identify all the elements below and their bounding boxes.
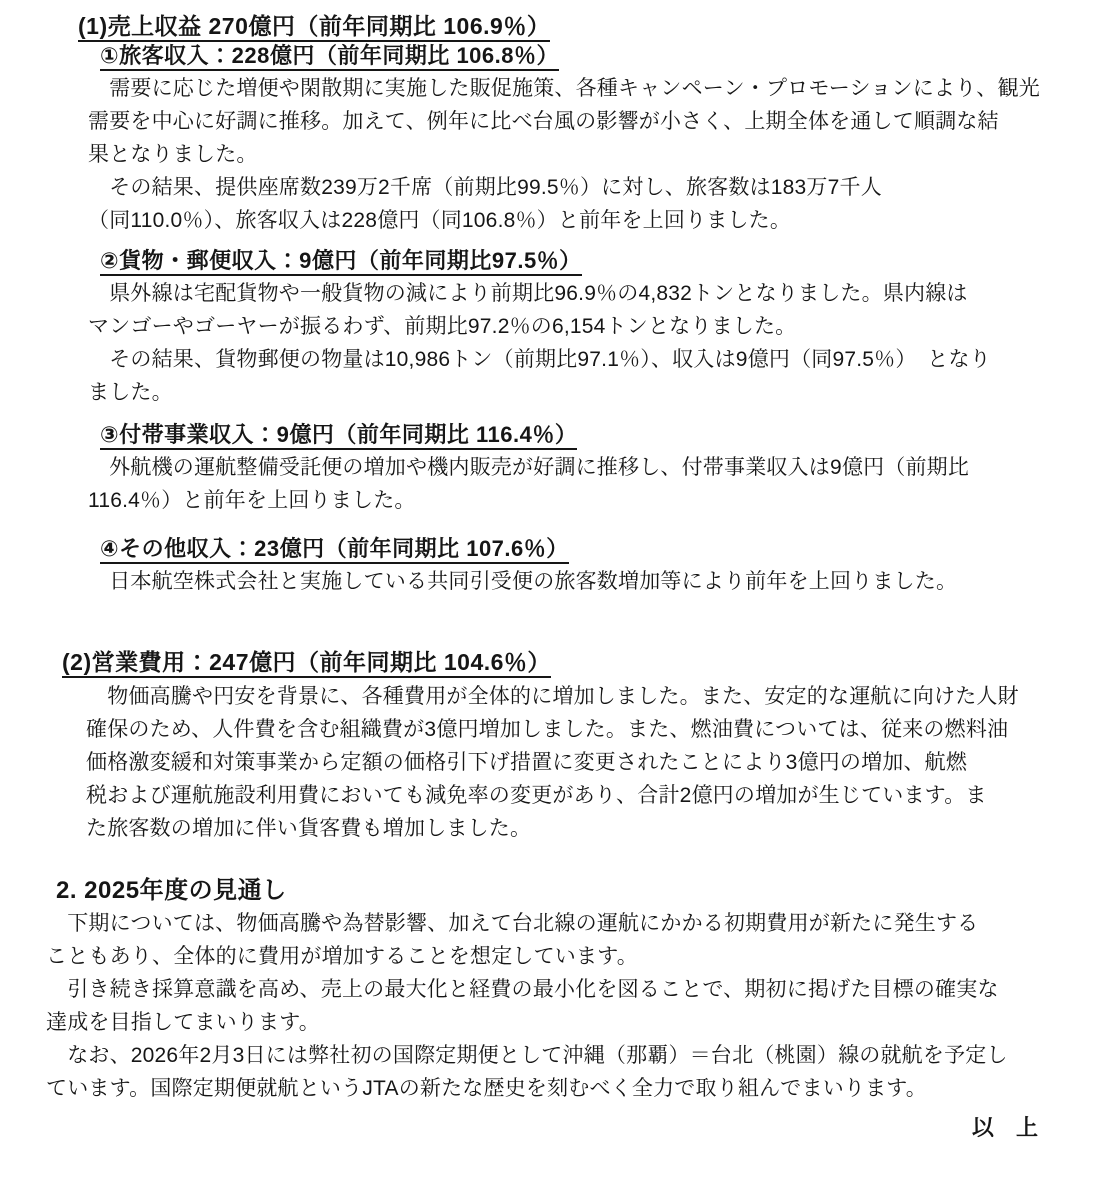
text-line: 価格激変緩和対策事業から定額の価格引下げ措置に変更されたことにより3億円の増加、… — [86, 746, 1046, 779]
revenue-section-heading: (1)売上収益 270億円（前年同期比 106.9％） — [78, 12, 1118, 40]
cargo-mail-revenue-heading-text: ②貨物・郵便収入：9億円（前年同期比97.5％） — [100, 248, 582, 276]
financial-report-page: (1)売上収益 270億円（前年同期比 106.9％） ①旅客収入：228億円（… — [0, 0, 1118, 1200]
other-revenue-body: 日本航空株式会社と実施している共同引受便の旅客数増加等により前年を上回りました。 — [88, 565, 1046, 598]
text-line: 達成を目指してまいります。 — [46, 1006, 1078, 1039]
text-line: その結果、貨物郵便の物量は10,986トン（前期比97.1％）、収入は9億円（同… — [88, 343, 1046, 376]
other-revenue-heading: ④その他収入：23億円（前年同期比 107.6％） — [100, 535, 1118, 563]
text-line: こともあり、全体的に費用が増加することを想定しています。 — [46, 940, 1078, 973]
text-line: マンゴーやゴーヤーが振るわず、前期比97.2％の6,154トンとなりました。 — [88, 310, 1046, 343]
cargo-mail-revenue-body: 県外線は宅配貨物や一般貨物の減により前期比96.9％の4,832トンとなりました… — [88, 277, 1046, 409]
cargo-mail-revenue-heading: ②貨物・郵便収入：9億円（前年同期比97.5％） — [100, 247, 1118, 275]
text-line: 需要に応じた増便や閑散期に実施した販促施策、各種キャンペーン・プロモーションによ… — [88, 72, 1046, 105]
text-line: （同110.0％）、旅客収入は228億円（同106.8％）と前年を上回りました。 — [88, 204, 1046, 237]
text-line: 税および運航施設利用費においても減免率の変更があり、合計2億円の増加が生じていま… — [86, 779, 1046, 812]
text-line: なお、2026年2月3日には弊社初の国際定期便として沖縄（那覇）＝台北（桃園）線… — [46, 1039, 1078, 1072]
passenger-revenue-heading-text: ①旅客収入：228億円（前年同期比 106.8％） — [100, 43, 559, 71]
expenses-section-heading-text: (2)営業費用：247億円（前年同期比 104.6％） — [62, 649, 551, 678]
outlook-section-heading: 2. 2025年度の見通し — [56, 875, 1118, 907]
text-line: 外航機の運航整備受託便の増加や機内販売が好調に推移し、付帯事業収入は9億円（前期… — [88, 451, 1046, 484]
closing-mark: 以 上 — [0, 1113, 1038, 1143]
text-line: ています。国際定期便就航というJTAの新たな歴史を刻むべく全力で取り組んでまいり… — [46, 1072, 1078, 1105]
ancillary-revenue-heading: ③付帯事業収入：9億円（前年同期比 116.4％） — [100, 421, 1118, 449]
ancillary-revenue-body: 外航機の運航整備受託便の増加や機内販売が好調に推移し、付帯事業収入は9億円（前期… — [88, 451, 1046, 517]
text-line: その結果、提供座席数239万2千席（前期比99.5％）に対し、旅客数は183万7… — [88, 171, 1046, 204]
expenses-body: 物価高騰や円安を背景に、各種費用が全体的に増加しました。また、安定的な運航に向け… — [86, 680, 1046, 845]
outlook-body: 下期については、物価高騰や為替影響、加えて台北線の運航にかかる初期費用が新たに発… — [46, 907, 1078, 1105]
text-line: 物価高騰や円安を背景に、各種費用が全体的に増加しました。また、安定的な運航に向け… — [86, 680, 1046, 713]
text-line: 日本航空株式会社と実施している共同引受便の旅客数増加等により前年を上回りました。 — [88, 565, 1046, 598]
text-line: 県外線は宅配貨物や一般貨物の減により前期比96.9％の4,832トンとなりました… — [88, 277, 1046, 310]
text-line: ました。 — [88, 376, 1046, 409]
text-line: 需要を中心に好調に推移。加えて、例年に比べ台風の影響が小さく、上期全体を通して順… — [88, 105, 1046, 138]
text-line: 確保のため、人件費を含む組織費が3億円増加しました。また、燃油費については、従来… — [86, 713, 1046, 746]
other-revenue-heading-text: ④その他収入：23億円（前年同期比 107.6％） — [100, 536, 569, 564]
text-line: 果となりました。 — [88, 138, 1046, 171]
passenger-revenue-heading: ①旅客収入：228億円（前年同期比 106.8％） — [100, 42, 1118, 70]
revenue-section-heading-text: (1)売上収益 270億円（前年同期比 106.9％） — [78, 13, 550, 42]
passenger-revenue-body: 需要に応じた増便や閑散期に実施した販促施策、各種キャンペーン・プロモーションによ… — [88, 72, 1046, 237]
text-line: た旅客数の増加に伴い貨客費も増加しました。 — [86, 812, 1046, 845]
ancillary-revenue-heading-text: ③付帯事業収入：9億円（前年同期比 116.4％） — [100, 422, 577, 450]
expenses-section-heading: (2)営業費用：247億円（前年同期比 104.6％） — [62, 648, 1118, 676]
text-line: 下期については、物価高騰や為替影響、加えて台北線の運航にかかる初期費用が新たに発… — [46, 907, 1078, 940]
text-line: 引き続き採算意識を高め、売上の最大化と経費の最小化を図ることで、期初に掲げた目標… — [46, 973, 1078, 1006]
text-line: 116.4％）と前年を上回りました。 — [88, 484, 1046, 517]
